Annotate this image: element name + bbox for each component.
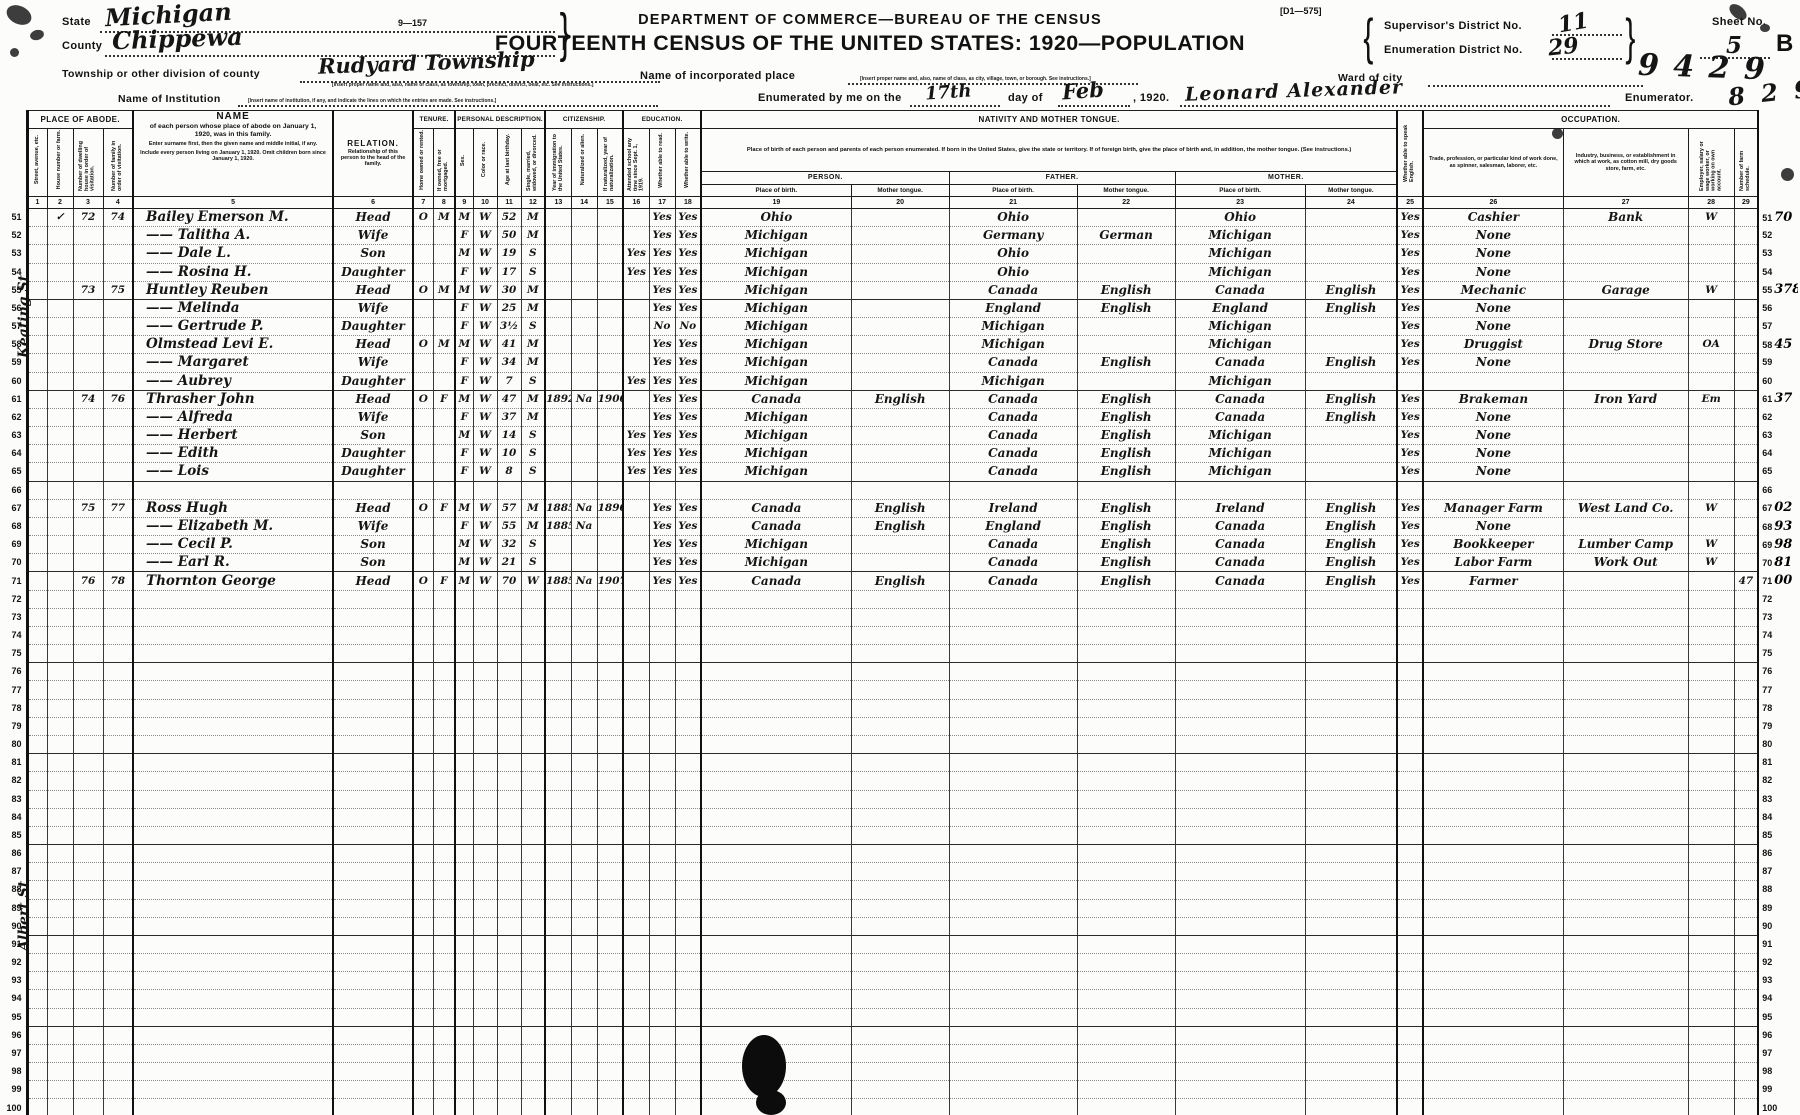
handwritten-entry: W bbox=[479, 247, 491, 259]
cell-tongue bbox=[851, 1099, 949, 1115]
cell-owned bbox=[413, 954, 433, 972]
cell-m_pob: Canada bbox=[1175, 572, 1305, 590]
cell-natyr bbox=[597, 1081, 623, 1099]
cell-family bbox=[103, 1026, 133, 1044]
cell-farm bbox=[1734, 481, 1758, 499]
row-number-right: 93 bbox=[1758, 972, 1798, 990]
cell-write bbox=[675, 772, 701, 790]
cell-f_tongue bbox=[1077, 209, 1175, 227]
cell-name: Ross Hugh bbox=[133, 499, 333, 517]
cell-street bbox=[27, 808, 47, 826]
cell-free bbox=[433, 899, 455, 917]
cell-f_pob bbox=[949, 481, 1077, 499]
cell-f_pob bbox=[949, 826, 1077, 844]
margin-scribble: 02 bbox=[1774, 500, 1792, 515]
cell-farm bbox=[1734, 281, 1758, 299]
row-number-right: 98 bbox=[1758, 1063, 1798, 1081]
cell-sex: F bbox=[455, 372, 473, 390]
owned-label: Home owned or rented. bbox=[420, 130, 426, 190]
cell-nat bbox=[571, 808, 597, 826]
handwritten-entry: 19 bbox=[502, 247, 517, 259]
cell-english bbox=[1397, 863, 1423, 881]
handwritten-entry: Canada bbox=[988, 464, 1038, 478]
cell-marital: S bbox=[521, 445, 545, 463]
cell-relation: Head bbox=[333, 336, 413, 354]
handwritten-entry: Michigan bbox=[981, 319, 1044, 333]
col-employer-header: Employer, salary or wage worker, or work… bbox=[1688, 129, 1734, 197]
cell-write bbox=[675, 590, 701, 608]
cell-natyr bbox=[597, 717, 623, 735]
cell-natyr bbox=[597, 590, 623, 608]
cell-age bbox=[497, 881, 521, 899]
cell-age bbox=[497, 590, 521, 608]
cell-m_pob bbox=[1175, 808, 1305, 826]
cell-family bbox=[103, 517, 133, 535]
cell-relation bbox=[333, 935, 413, 953]
cell-school bbox=[623, 735, 649, 753]
cell-english: Yes bbox=[1397, 572, 1423, 590]
cell-street bbox=[27, 481, 47, 499]
cell-owned bbox=[413, 463, 433, 481]
cell-f_tongue bbox=[1077, 990, 1175, 1008]
cell-tongue bbox=[851, 281, 949, 299]
cell-dwelling bbox=[73, 299, 103, 317]
cell-marital bbox=[521, 626, 545, 644]
column-number: 22 bbox=[1077, 197, 1175, 209]
cell-write: Yes bbox=[675, 427, 701, 445]
cell-race bbox=[473, 808, 497, 826]
cell-farm bbox=[1734, 790, 1758, 808]
cell-read bbox=[649, 990, 675, 1008]
cell-house bbox=[47, 245, 73, 263]
cell-write bbox=[675, 699, 701, 717]
cell-f_pob bbox=[949, 1063, 1077, 1081]
cell-race bbox=[473, 590, 497, 608]
cell-farm bbox=[1734, 990, 1758, 1008]
cell-read: Yes bbox=[649, 390, 675, 408]
cell-owned bbox=[413, 917, 433, 935]
handwritten-entry: M bbox=[459, 575, 471, 587]
cell-m_pob: Canada bbox=[1175, 554, 1305, 572]
cell-natyr bbox=[597, 427, 623, 445]
cell-race bbox=[473, 1081, 497, 1099]
cell-family bbox=[103, 1008, 133, 1026]
handwritten-entry: M bbox=[438, 338, 450, 350]
handwritten-entry: M bbox=[438, 211, 450, 223]
cell-f_tongue bbox=[1077, 1099, 1175, 1115]
cell-natyr bbox=[597, 699, 623, 717]
subgroup-father: FATHER. bbox=[949, 172, 1175, 184]
handwritten-entry: Head bbox=[355, 501, 390, 515]
table-row: 8585 bbox=[1, 826, 1798, 844]
cell-m_tongue bbox=[1305, 1044, 1397, 1062]
cell-f_tongue bbox=[1077, 863, 1175, 881]
cell-age bbox=[497, 1026, 521, 1044]
col-marital-header: Single, married, widowed, or divorced. bbox=[521, 129, 545, 197]
cell-house bbox=[47, 263, 73, 281]
cell-free: M bbox=[433, 336, 455, 354]
mother-mt-label: Mother tongue. bbox=[1305, 184, 1397, 196]
name-title: NAME bbox=[134, 111, 332, 122]
cell-m_tongue bbox=[1305, 336, 1397, 354]
cell-age bbox=[497, 935, 521, 953]
cell-age: 32 bbox=[497, 536, 521, 554]
handwritten-entry: Michigan bbox=[745, 319, 808, 333]
cell-m_pob bbox=[1175, 645, 1305, 663]
cell-emp bbox=[1688, 972, 1734, 990]
cell-m_pob: Canada bbox=[1175, 408, 1305, 426]
cell-industry bbox=[1563, 590, 1688, 608]
cell-trade bbox=[1423, 645, 1563, 663]
handwritten-entry: —— Cecil P. bbox=[146, 536, 233, 552]
table-row: 677577Ross HughHeadOFMW57M1885Na1890YesY… bbox=[1, 499, 1798, 517]
cell-marital: S bbox=[521, 318, 545, 336]
cell-tongue bbox=[851, 808, 949, 826]
cell-farm bbox=[1734, 972, 1758, 990]
cell-industry bbox=[1563, 608, 1688, 626]
col-owned-header: Home owned or rented. bbox=[413, 129, 433, 197]
cell-english bbox=[1397, 481, 1423, 499]
cell-age: 37 bbox=[497, 408, 521, 426]
cell-english bbox=[1397, 1008, 1423, 1026]
cell-age bbox=[497, 663, 521, 681]
cell-f_tongue: English bbox=[1077, 517, 1175, 535]
cell-f_tongue bbox=[1077, 699, 1175, 717]
row-number-left: 96 bbox=[1, 1026, 27, 1044]
cell-tongue bbox=[851, 336, 949, 354]
ink-blot-2 bbox=[756, 1090, 786, 1115]
cell-sex: F bbox=[455, 445, 473, 463]
cell-tongue bbox=[851, 372, 949, 390]
cell-write: Yes bbox=[675, 263, 701, 281]
cell-name bbox=[133, 899, 333, 917]
cell-relation bbox=[333, 954, 413, 972]
cell-f_pob bbox=[949, 772, 1077, 790]
handwritten-entry: English bbox=[875, 519, 926, 533]
cell-family: 78 bbox=[103, 572, 133, 590]
cell-f_tongue bbox=[1077, 245, 1175, 263]
enumerator-label: Enumerator. bbox=[1625, 92, 1694, 104]
cell-imm bbox=[545, 1044, 571, 1062]
nativity-note: Place of birth of each person and parent… bbox=[701, 129, 1397, 172]
cell-read: No bbox=[649, 318, 675, 336]
cell-nat bbox=[571, 281, 597, 299]
cell-relation: Head bbox=[333, 390, 413, 408]
cell-owned bbox=[413, 445, 433, 463]
handwritten-entry: Bank bbox=[1608, 210, 1643, 224]
handwritten-entry: S bbox=[529, 447, 537, 459]
handwritten-entry: Michigan bbox=[745, 246, 808, 260]
father-pob-label: Place of birth. bbox=[949, 184, 1077, 196]
col-relation-header: RELATION. Relationship of this person to… bbox=[333, 111, 413, 197]
handwritten-entry: English bbox=[875, 574, 926, 588]
cell-pob bbox=[701, 663, 851, 681]
cell-read bbox=[649, 1063, 675, 1081]
cell-owned bbox=[413, 354, 433, 372]
cell-english bbox=[1397, 790, 1423, 808]
table-row: 7777 bbox=[1, 681, 1798, 699]
cell-house bbox=[47, 1026, 73, 1044]
cell-m_tongue bbox=[1305, 990, 1397, 1008]
cell-pob: Michigan bbox=[701, 318, 851, 336]
cell-pob bbox=[701, 608, 851, 626]
cell-natyr bbox=[597, 990, 623, 1008]
cell-street bbox=[27, 990, 47, 1008]
cell-farm bbox=[1734, 318, 1758, 336]
cell-name bbox=[133, 772, 333, 790]
row-number-right: 64 bbox=[1758, 445, 1798, 463]
cell-m_pob bbox=[1175, 1099, 1305, 1115]
column-number: 18 bbox=[675, 197, 701, 209]
cell-f_pob: Michigan bbox=[949, 336, 1077, 354]
cell-sex: F bbox=[455, 517, 473, 535]
cell-imm bbox=[545, 263, 571, 281]
cell-natyr bbox=[597, 935, 623, 953]
handwritten-entry: Canada bbox=[1215, 574, 1265, 588]
handwritten-entry: No bbox=[680, 320, 697, 332]
cell-natyr bbox=[597, 445, 623, 463]
cell-name: Thrasher John bbox=[133, 390, 333, 408]
cell-pob bbox=[701, 935, 851, 953]
cell-natyr: 1907 bbox=[597, 572, 623, 590]
cell-tongue: English bbox=[851, 517, 949, 535]
cell-house bbox=[47, 536, 73, 554]
table-body: 51✓7274Bailey Emerson M.HeadOMMW52MYesYe… bbox=[1, 209, 1798, 1115]
cell-m_pob: Ohio bbox=[1175, 209, 1305, 227]
group-place-of-abode: PLACE OF ABODE. bbox=[27, 111, 133, 129]
ward-scribble: 9 4 2 9 bbox=[1637, 48, 1767, 87]
cell-house bbox=[47, 917, 73, 935]
row-number-right: 88 bbox=[1758, 881, 1798, 899]
cell-family: 77 bbox=[103, 499, 133, 517]
handwritten-entry: W bbox=[479, 211, 491, 223]
cell-imm: 1885 bbox=[545, 517, 571, 535]
cell-industry bbox=[1563, 717, 1688, 735]
dwelling-label: Number of dwelling house in order of vis… bbox=[79, 129, 96, 191]
cell-relation: Son bbox=[333, 427, 413, 445]
handwritten-entry: W bbox=[1705, 538, 1717, 550]
cell-english bbox=[1397, 990, 1423, 1008]
cell-dwelling bbox=[73, 427, 103, 445]
handwritten-entry: Labor Farm bbox=[1455, 555, 1533, 569]
cell-emp bbox=[1688, 790, 1734, 808]
row-number-right: 56 bbox=[1758, 299, 1798, 317]
row-number-right: 78 bbox=[1758, 699, 1798, 717]
handwritten-entry: —— Herbert bbox=[146, 427, 238, 443]
row-number-left: 100 bbox=[1, 1099, 27, 1115]
cell-school bbox=[623, 972, 649, 990]
cell-m_pob: Canada bbox=[1175, 354, 1305, 372]
handwritten-entry: Yes bbox=[678, 465, 697, 477]
cell-relation bbox=[333, 681, 413, 699]
cell-house bbox=[47, 1099, 73, 1115]
cell-marital bbox=[521, 954, 545, 972]
cell-owned bbox=[413, 935, 433, 953]
table-row: 9393 bbox=[1, 972, 1798, 990]
cell-imm bbox=[545, 645, 571, 663]
cell-age bbox=[497, 990, 521, 1008]
cell-trade: Bookkeeper bbox=[1423, 536, 1563, 554]
cell-read: Yes bbox=[649, 354, 675, 372]
handwritten-entry: 25 bbox=[502, 302, 517, 314]
cell-nat bbox=[571, 227, 597, 245]
scan-noise bbox=[1552, 128, 1563, 139]
cell-imm bbox=[545, 1063, 571, 1081]
cell-m_pob bbox=[1175, 1063, 1305, 1081]
cell-f_tongue bbox=[1077, 608, 1175, 626]
cell-owned bbox=[413, 481, 433, 499]
cell-m_tongue bbox=[1305, 808, 1397, 826]
enumerated-prefix: Enumerated by me on the bbox=[758, 92, 902, 104]
cell-emp bbox=[1688, 681, 1734, 699]
row-number-left: 95 bbox=[1, 1008, 27, 1026]
handwritten-entry: None bbox=[1476, 519, 1511, 533]
cell-industry bbox=[1563, 299, 1688, 317]
col-free-header: If owned, free or mortgaged. bbox=[433, 129, 455, 197]
handwritten-entry: M bbox=[527, 302, 539, 314]
cell-owned bbox=[413, 717, 433, 735]
cell-owned bbox=[413, 881, 433, 899]
cell-free bbox=[433, 1081, 455, 1099]
row-number-right: 89 bbox=[1758, 899, 1798, 917]
cell-marital: M bbox=[521, 408, 545, 426]
cell-relation bbox=[333, 481, 413, 499]
row-number-right: 66 bbox=[1758, 481, 1798, 499]
cell-sex bbox=[455, 826, 473, 844]
cell-emp bbox=[1688, 608, 1734, 626]
cell-f_pob: Canada bbox=[949, 536, 1077, 554]
row-number-left: 82 bbox=[1, 772, 27, 790]
handwritten-entry: Son bbox=[360, 246, 385, 260]
cell-read bbox=[649, 1081, 675, 1099]
handwritten-entry: F bbox=[461, 266, 468, 278]
table-row: 7575 bbox=[1, 645, 1798, 663]
cell-race bbox=[473, 790, 497, 808]
handwritten-entry: 1900 bbox=[598, 393, 624, 405]
cell-free bbox=[433, 245, 455, 263]
cell-race bbox=[473, 754, 497, 772]
cell-owned: O bbox=[413, 572, 433, 590]
cell-school bbox=[623, 845, 649, 863]
handwritten-entry: M bbox=[527, 211, 539, 223]
handwritten-entry: Michigan bbox=[745, 283, 808, 297]
cell-school bbox=[623, 917, 649, 935]
row-number-left: 84 bbox=[1, 808, 27, 826]
cell-imm bbox=[545, 663, 571, 681]
cell-natyr bbox=[597, 808, 623, 826]
cell-house bbox=[47, 899, 73, 917]
cell-sex: F bbox=[455, 463, 473, 481]
street-name-keating: Keating St bbox=[16, 243, 32, 389]
cell-f_tongue bbox=[1077, 663, 1175, 681]
cell-nat bbox=[571, 881, 597, 899]
handwritten-entry: Yes bbox=[1401, 447, 1420, 459]
cell-english bbox=[1397, 899, 1423, 917]
cell-emp bbox=[1688, 1081, 1734, 1099]
handwritten-entry: Michigan bbox=[981, 337, 1044, 351]
cell-family bbox=[103, 790, 133, 808]
cell-pob bbox=[701, 899, 851, 917]
cell-industry: Work Out bbox=[1563, 554, 1688, 572]
cell-industry bbox=[1563, 990, 1688, 1008]
row-number-right: 52 bbox=[1758, 227, 1798, 245]
handwritten-entry: Druggist bbox=[1464, 337, 1523, 351]
cell-relation bbox=[333, 772, 413, 790]
cell-tongue bbox=[851, 790, 949, 808]
row-number-right: 79 bbox=[1758, 717, 1798, 735]
cell-trade: None bbox=[1423, 263, 1563, 281]
cell-owned bbox=[413, 318, 433, 336]
column-number: 24 bbox=[1305, 197, 1397, 209]
row-number-left: 83 bbox=[1, 790, 27, 808]
cell-dwelling bbox=[73, 1026, 103, 1044]
age-label: Age at last birthday. bbox=[506, 134, 512, 185]
cell-english: Yes bbox=[1397, 499, 1423, 517]
cell-tongue bbox=[851, 1026, 949, 1044]
cell-family bbox=[103, 899, 133, 917]
cell-name bbox=[133, 972, 333, 990]
cell-age: 19 bbox=[497, 245, 521, 263]
cell-marital bbox=[521, 863, 545, 881]
row-number-right: 86 bbox=[1758, 845, 1798, 863]
cell-street bbox=[27, 590, 47, 608]
handwritten-entry: English bbox=[1325, 392, 1376, 406]
cell-marital bbox=[521, 590, 545, 608]
cell-marital: S bbox=[521, 245, 545, 263]
cell-school: Yes bbox=[623, 445, 649, 463]
cell-trade bbox=[1423, 735, 1563, 753]
cell-farm bbox=[1734, 554, 1758, 572]
margin-scribble: 378 bbox=[1774, 282, 1798, 297]
cell-tongue bbox=[851, 681, 949, 699]
cell-school bbox=[623, 1026, 649, 1044]
cell-race: W bbox=[473, 281, 497, 299]
cell-school: Yes bbox=[623, 463, 649, 481]
cell-race bbox=[473, 735, 497, 753]
cell-f_pob bbox=[949, 663, 1077, 681]
handwritten-entry: Yes bbox=[678, 356, 697, 368]
cell-street bbox=[27, 645, 47, 663]
handwritten-entry: 1885 bbox=[546, 502, 571, 514]
handwritten-entry: Wife bbox=[358, 519, 389, 533]
handwritten-entry: W bbox=[479, 575, 491, 587]
handwritten-entry: W bbox=[1705, 556, 1717, 568]
handwritten-entry: England bbox=[985, 301, 1041, 315]
cell-read: Yes bbox=[649, 517, 675, 535]
cell-free bbox=[433, 1044, 455, 1062]
cell-age: 7 bbox=[497, 372, 521, 390]
cell-imm bbox=[545, 590, 571, 608]
cell-tongue bbox=[851, 1044, 949, 1062]
handwritten-entry: M bbox=[527, 411, 539, 423]
cell-relation: Wife bbox=[333, 517, 413, 535]
cell-emp bbox=[1688, 881, 1734, 899]
cell-english: Yes bbox=[1397, 354, 1423, 372]
cell-tongue bbox=[851, 354, 949, 372]
cell-race bbox=[473, 481, 497, 499]
cell-m_pob bbox=[1175, 608, 1305, 626]
col-industry-header: Industry, business, or establishment in … bbox=[1563, 129, 1688, 197]
cell-f_tongue bbox=[1077, 1044, 1175, 1062]
cell-family: 76 bbox=[103, 390, 133, 408]
cell-write: Yes bbox=[675, 299, 701, 317]
handwritten-entry: Canada bbox=[1215, 537, 1265, 551]
cell-write: Yes bbox=[675, 245, 701, 263]
cell-tongue bbox=[851, 318, 949, 336]
column-number: 17 bbox=[649, 197, 675, 209]
cell-marital bbox=[521, 1099, 545, 1115]
day-of-label: day of bbox=[1008, 92, 1043, 104]
